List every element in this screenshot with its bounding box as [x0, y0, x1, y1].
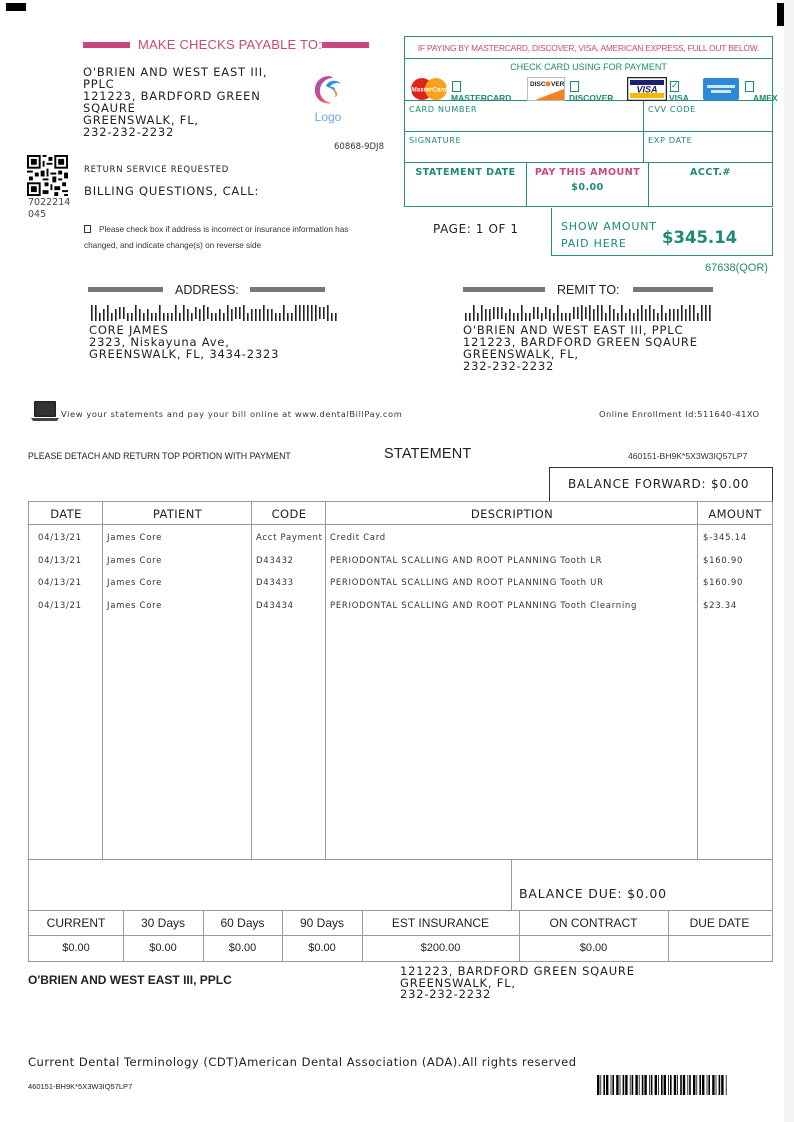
aging-header: 90 Days	[282, 911, 362, 936]
table-cell-date: 04/13/21	[38, 533, 82, 543]
statement-date-label: STATEMENT DATE	[415, 167, 515, 178]
payable-title: MAKE CHECKS PAYABLE TO:	[138, 37, 322, 52]
aging-value: $0.00	[203, 936, 282, 961]
statement-title: STATEMENT	[384, 446, 471, 462]
postal-barcode-icon	[91, 305, 337, 321]
billing-questions-text: BILLING QUESTIONS, CALL:	[84, 184, 259, 198]
table-cell-date: 04/13/21	[38, 556, 82, 566]
qr-number: 7022214 045	[28, 197, 78, 221]
amex-checkbox[interactable]	[745, 81, 754, 92]
aging-value: $0.00	[29, 936, 123, 961]
visa-checkbox[interactable]: ✓	[670, 81, 679, 92]
account-number-cell: ACCT.#	[649, 163, 772, 206]
table-cell-description: PERIODONTAL SCALLING AND ROOT PLANNING T…	[330, 578, 604, 588]
aging-header: 30 Days	[123, 911, 203, 936]
amex-label: AMEX	[753, 93, 778, 103]
page-scroll-gutter	[784, 0, 794, 1122]
table-cell-description: Credit Card	[330, 533, 386, 543]
qr-code-icon	[27, 155, 68, 196]
registration-mark	[6, 3, 26, 11]
page-indicator: PAGE: 1 OF 1	[433, 222, 519, 236]
svg-text:MasterCard: MasterCard	[411, 87, 448, 94]
copyright-notice: Current Dental Terminology (CDT)American…	[28, 1055, 577, 1069]
remit-address: O'BRIEN AND WEST EAST III, PPLC 121223, …	[463, 324, 698, 372]
aging-header: 60 Days	[203, 911, 282, 936]
title-bar-decoration	[250, 287, 325, 292]
logo-swirl-icon	[311, 74, 345, 106]
discover-checkbox[interactable]	[570, 81, 579, 92]
remit-title: REMIT TO:	[557, 283, 620, 297]
table-cell-description: PERIODONTAL SCALLING AND ROOT PLANNING T…	[330, 556, 602, 566]
table-cell-patient: James Core	[107, 556, 162, 566]
statement-table: DATE PATIENT CODE DESCRIPTION AMOUNT 04/…	[28, 501, 773, 860]
table-cell-code: D43432	[256, 556, 294, 566]
table-cell-date: 04/13/21	[38, 601, 82, 611]
column-header-amount: AMOUNT	[698, 502, 772, 525]
mastercard-logo-icon: MasterCard	[409, 77, 449, 101]
aging-value: $200.00	[362, 936, 519, 961]
aging-header: ON CONTRACT	[519, 911, 668, 936]
reference-code: 60868-9DJ8	[334, 142, 384, 152]
title-bar-decoration	[322, 42, 369, 48]
title-bar-decoration	[633, 287, 713, 292]
title-bar-decoration	[463, 287, 545, 292]
address-title: ADDRESS:	[175, 283, 239, 297]
practice-address: 121223, BARDFORD GREEN SQAURE GREENSWALK…	[400, 966, 635, 1001]
qor-code: 67638(QOR)	[705, 262, 768, 274]
visa-label: VISA	[669, 93, 689, 103]
table-cell-amount: $160.90	[703, 578, 743, 588]
card-number-label: CARD NUMBER	[409, 104, 477, 114]
cvv-field[interactable]: CVV CODE	[644, 101, 772, 131]
return-service-text: RETURN SERVICE REQUESTED	[84, 165, 229, 175]
statement-date-cell: STATEMENT DATE	[405, 163, 527, 206]
table-cell-date: 04/13/21	[38, 578, 82, 588]
aging-header: DUE DATE	[668, 911, 771, 936]
aging-value: $0.00	[282, 936, 362, 961]
pay-amount-cell: PAY THIS AMOUNT $0.00	[527, 163, 649, 206]
balance-forward: BALANCE FORWARD: $0.00	[549, 467, 773, 501]
mastercard-checkbox[interactable]	[452, 81, 461, 92]
card-payment-panel: IF PAYING BY MASTERCARD, DISCOVER, VISA,…	[404, 36, 773, 207]
column-header-patient: PATIENT	[103, 502, 252, 525]
address-change-checkbox[interactable]	[84, 225, 91, 233]
aging-value: $0.00	[519, 936, 668, 961]
address-change-notice: Please check box if address is incorrect…	[84, 222, 374, 254]
signature-field[interactable]: SIGNATURE	[405, 132, 644, 162]
pay-amount-label: PAY THIS AMOUNT	[527, 167, 648, 178]
card-payment-instructions: IF PAYING BY MASTERCARD, DISCOVER, VISA,…	[405, 37, 772, 59]
amex-logo-icon	[703, 78, 741, 102]
table-cell-amount: $160.90	[703, 556, 743, 566]
statement-code: 460151-BH9K*5X3W3IQ57LP7	[628, 451, 747, 461]
visa-logo-icon: VISA	[627, 77, 667, 101]
online-billpay-text: View your statements and pay your bill o…	[61, 409, 402, 419]
table-cell-code: D43434	[256, 601, 294, 611]
logo-text: Logo	[308, 110, 348, 124]
aging-header: CURRENT	[29, 911, 123, 936]
card-type-selector: CHECK CARD USING FOR PAYMENT MasterCard …	[405, 59, 772, 101]
aging-header: EST INSURANCE	[362, 911, 519, 936]
laptop-icon	[31, 401, 59, 422]
column-header-description: DESCRIPTION	[326, 502, 698, 525]
practice-logo: Logo	[308, 74, 348, 124]
card-type-title: CHECK CARD USING FOR PAYMENT	[405, 62, 772, 72]
exp-date-field[interactable]: EXP DATE	[644, 132, 772, 162]
table-cell-amount: $23.34	[703, 601, 737, 611]
column-header-code: CODE	[252, 502, 326, 525]
table-cell-patient: James Core	[107, 601, 162, 611]
balance-due: BALANCE DUE: $0.00	[519, 886, 667, 901]
aging-value	[668, 936, 771, 961]
table-cell-patient: James Core	[107, 578, 162, 588]
table-cell-code: D43433	[256, 578, 294, 588]
balance-due-row: BALANCE DUE: $0.00	[28, 860, 773, 911]
svg-text:DISC: DISC	[530, 81, 546, 88]
aging-value: $0.00	[123, 936, 203, 961]
discover-logo-icon: DISC VER	[527, 77, 565, 101]
detach-notice: PLEASE DETACH AND RETURN TOP PORTION WIT…	[28, 451, 291, 461]
table-cell-code: Acct Payment	[256, 533, 323, 543]
title-bar-decoration	[88, 287, 163, 292]
amount-paid-label: SHOW AMOUNT PAID HERE	[561, 218, 657, 252]
pay-amount-value: $0.00	[527, 182, 648, 193]
account-number-label: ACCT.#	[690, 167, 731, 178]
amount-paid-field[interactable]: SHOW AMOUNT PAID HERE $345.14	[551, 208, 773, 256]
document-barcode-icon	[597, 1075, 729, 1095]
footer-statement-code: 460151-BH9K*5X3W3IQ57LP7	[28, 1082, 132, 1091]
payee-address: O'BRIEN AND WEST EAST III, PPLC 121223, …	[83, 66, 283, 138]
table-cell-description: PERIODONTAL SCALLING AND ROOT PLANNING T…	[330, 601, 637, 611]
practice-name: O'BRIEN AND WEST EAST III, PPLC	[28, 973, 232, 987]
svg-text:VISA: VISA	[636, 85, 657, 95]
signature-label: SIGNATURE	[409, 135, 461, 145]
amount-paid-value: $345.14	[662, 228, 737, 247]
postal-barcode-icon	[465, 305, 711, 321]
mastercard-label: MASTERCARD	[451, 93, 511, 103]
address-change-label: Please check box if address is incorrect…	[84, 225, 348, 250]
online-enrollment-id: Online Enrollment Id:511640-41XO	[599, 409, 760, 419]
column-header-date: DATE	[29, 502, 103, 525]
table-cell-patient: James Core	[107, 533, 162, 543]
registration-mark	[777, 3, 784, 26]
discover-label: DISCOVER	[569, 93, 613, 103]
cvv-label: CVV CODE	[648, 104, 696, 114]
patient-address: CORE JAMES 2323, Niskayuna Ave, GREENSWA…	[89, 324, 279, 360]
card-number-field[interactable]: CARD NUMBER	[405, 101, 644, 131]
aging-summary-table: CURRENT$0.0030 Days$0.0060 Days$0.0090 D…	[28, 911, 773, 962]
svg-text:VER: VER	[551, 81, 565, 88]
table-cell-amount: $-345.14	[703, 533, 747, 543]
title-bar-decoration	[83, 42, 130, 48]
exp-date-label: EXP DATE	[648, 135, 692, 145]
